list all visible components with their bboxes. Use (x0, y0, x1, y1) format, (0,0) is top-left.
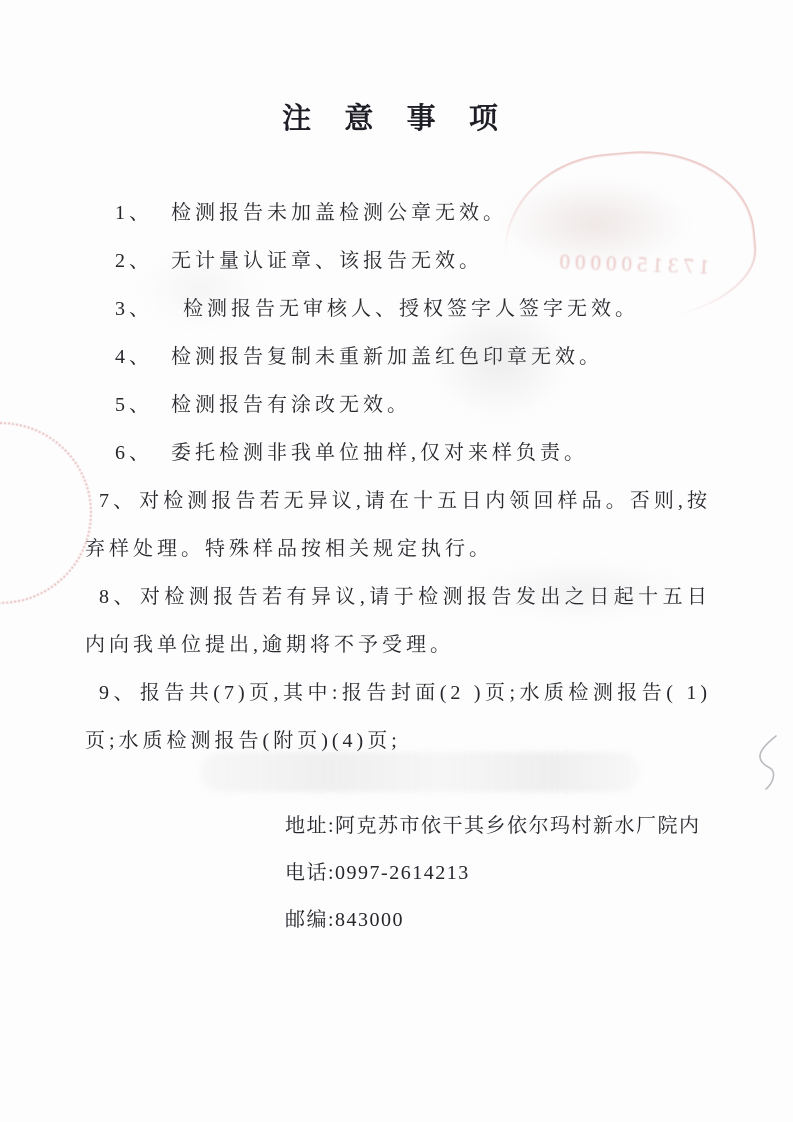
item-text: 委托检测非我单位抽样,仅对来样负责。 (171, 442, 588, 464)
item-number: 9、 (99, 682, 138, 704)
item-text: 无计量认证章、该报告无效。 (171, 250, 483, 272)
notice-item-7: 7、对检测报告若无异议,请在十五日内领回样品。否则,按弃样处理。特殊样品按相关规… (85, 477, 711, 573)
notice-item-4: 4、检测报告复制未重新加盖红色印章无效。 (85, 333, 711, 381)
notice-item-9: 9、报告共(7)页,其中:报告封面(2 )页;水质检测报告( 1)页;水质检测报… (85, 669, 711, 765)
item-text: 检测报告无审核人、授权签字人签字无效。 (183, 298, 639, 320)
page-title: 注 意 事 项 (0, 96, 793, 137)
notice-page: 注 意 事 项 1、检测报告未加盖检测公章无效。 2、无计量认证章、该报告无效。… (0, 0, 793, 1122)
item-text: 报告共(7)页,其中:报告封面(2 )页;水质检测报告( 1)页;水质检测报告(… (85, 682, 711, 752)
item-number: 2、 (115, 250, 153, 272)
contact-block: 地址:阿克苏市依干其乡依尔玛村新水厂院内 电话:0997-2614213 邮编:… (285, 803, 701, 944)
item-text: 检测报告复制未重新加盖红色印章无效。 (171, 346, 603, 368)
item-number: 6、 (115, 442, 153, 464)
item-number: 5、 (115, 394, 153, 416)
notice-list: 1、检测报告未加盖检测公章无效。 2、无计量认证章、该报告无效。 3、检测报告无… (85, 189, 711, 765)
phone-line: 电话:0997-2614213 (285, 850, 701, 897)
address-line: 地址:阿克苏市依干其乡依尔玛村新水厂院内 (285, 803, 701, 850)
postal-line: 邮编:843000 (285, 897, 701, 944)
item-number: 8、 (99, 586, 138, 608)
notice-item-8: 8、对检测报告若有异议,请于检测报告发出之日起十五日内向我单位提出,逾期将不予受… (85, 573, 711, 669)
notice-item-5: 5、检测报告有涂改无效。 (85, 381, 711, 429)
item-number: 4、 (115, 346, 153, 368)
stamp-bleed-arc (0, 422, 92, 604)
item-number: 3、 (115, 298, 153, 320)
notice-item-1: 1、检测报告未加盖检测公章无效。 (85, 189, 711, 237)
item-number: 7、 (99, 490, 137, 512)
notice-item-6: 6、委托检测非我单位抽样,仅对来样负责。 (85, 429, 711, 477)
notice-item-3: 3、检测报告无审核人、授权签字人签字无效。 (85, 285, 711, 333)
item-text: 检测报告有涂改无效。 (171, 394, 411, 416)
item-text: 对检测报告若有异议,请于检测报告发出之日起十五日内向我单位提出,逾期将不予受理。 (85, 586, 711, 656)
item-text: 对检测报告若无异议,请在十五日内领回样品。否则,按弃样处理。特殊样品按相关规定执… (85, 490, 711, 560)
item-number: 1、 (115, 202, 153, 224)
notice-item-2: 2、无计量认证章、该报告无效。 (85, 237, 711, 285)
item-text: 检测报告未加盖检测公章无效。 (171, 202, 507, 224)
pen-mark (744, 732, 786, 799)
